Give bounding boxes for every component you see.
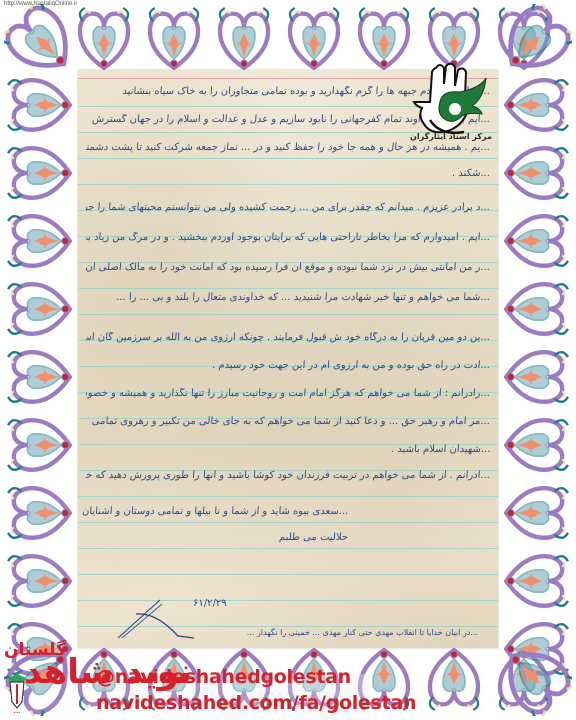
border-ornament (212, 6, 276, 70)
border-ornament (282, 6, 346, 70)
handwritten-line: ...شهیدان اسلام باشید . (390, 444, 490, 455)
source-credit-url: http://www.NastaliqOnline.ir (4, 1, 77, 7)
brand-navideshahed-text: نوید شاهد (24, 658, 192, 686)
handwritten-line: ...مر امام و رهبر حق ... و دعا کنید از ش… (86, 416, 491, 427)
border-ornament (500, 4, 572, 76)
letter-date: ۶۱/۲/۲۹ (193, 598, 227, 609)
ruled-line (78, 548, 498, 549)
letter-footnote: ...در ابیان خدایا تا انقلاب مهدی حتی کنا… (247, 628, 478, 637)
handwritten-line: ...ادرانم . از شما می خواهم در تربیت فرز… (86, 470, 491, 481)
handwritten-line: ...ین دو مین قربان را به درگاه خود ش قبو… (86, 332, 491, 343)
ruled-line (78, 158, 498, 159)
border-ornament (504, 548, 570, 614)
ruled-line (78, 288, 498, 289)
border-ornament (352, 6, 416, 70)
martyr-foundation-emblem-icon: ••• (4, 672, 30, 716)
ruled-line (78, 184, 498, 185)
handwritten-line: ...ادت در راه حق بوده و من به آرزوی ام د… (86, 360, 491, 371)
ruled-line (78, 496, 498, 497)
handwritten-line: ...شکند . (452, 168, 491, 179)
border-ornament (4, 4, 76, 76)
border-ornament (504, 140, 570, 206)
border-ornament (6, 480, 72, 546)
handwritten-line: ...سعدی بیوه شاید و از شما و نا بیلها و … (81, 506, 348, 517)
border-ornament (504, 276, 570, 342)
border-ornament (504, 480, 570, 546)
border-ornament (504, 412, 570, 478)
ruled-line (78, 314, 498, 315)
border-ornament (6, 72, 72, 138)
handwritten-line: ...رادرانم : از شما می خواهم که هرگز اما… (86, 388, 491, 399)
border-ornament (6, 276, 72, 342)
ruled-line (78, 522, 498, 523)
border-ornament (6, 208, 72, 274)
border-ornament (142, 6, 206, 70)
handwritten-line: ...ایم . امیدوارم که مرا بخاطر ناراحتی ه… (86, 232, 491, 243)
border-ornament (504, 208, 570, 274)
signature-mark (116, 592, 196, 642)
website-link[interactable]: navideshahed.com/fa/golestan (96, 692, 416, 714)
border-ornament (422, 648, 486, 712)
handwritten-line: حلالیت می طلبم (279, 532, 349, 543)
logo-caption: مرکز اسناد ایثارگران (408, 132, 494, 141)
handwritten-letter: ...ند لبیک . مردم جبهه ها را گرم نگهداری… (78, 70, 498, 648)
border-ornament (6, 548, 72, 614)
border-ornament (6, 344, 72, 410)
border-ornament (6, 140, 72, 206)
svg-text:•••: ••• (13, 710, 20, 715)
handwritten-line: ...ر من امانتی بیش در نزد شما نبوده و مو… (86, 262, 491, 273)
border-ornament (504, 72, 570, 138)
handwritten-line: ...شما می خواهم و تنها خبر شهادت مرا شنی… (86, 292, 491, 303)
border-ornament (504, 344, 570, 410)
border-ornament (422, 6, 486, 70)
border-ornament (72, 6, 136, 70)
border-ornament (500, 644, 572, 716)
handwritten-line: ...د برادر عزیزم . میدانم که چقدر برای م… (86, 202, 491, 213)
ruled-line (78, 574, 498, 575)
border-ornament (6, 412, 72, 478)
